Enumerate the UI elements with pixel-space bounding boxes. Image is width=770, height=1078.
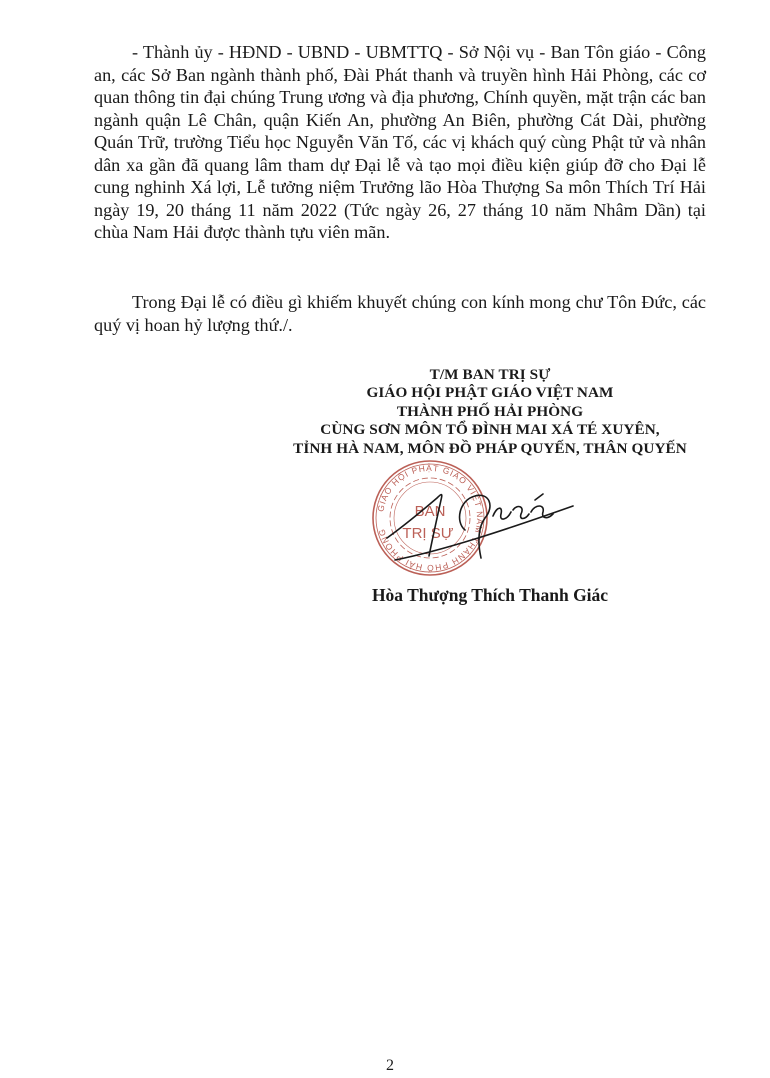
acknowledgement-paragraph: - Thành ủy - HĐND - UBND - UBMTTQ - Sở N… — [94, 41, 706, 244]
signature-icon — [385, 470, 575, 570]
document-page: - Thành ủy - HĐND - UBND - UBMTTQ - Sở N… — [0, 0, 770, 1078]
sig-line-4: CÙNG SƠN MÔN TỔ ĐÌNH MAI XÁ TÉ XUYÊN, — [270, 421, 710, 439]
sig-line-1: T/M BAN TRỊ SỰ — [270, 366, 710, 384]
signature-heading: T/M BAN TRỊ SỰ GIÁO HỘI PHẬT GIÁO VIỆT N… — [270, 366, 710, 458]
paragraph-1: - Thành ủy - HĐND - UBND - UBMTTQ - Sở N… — [94, 41, 706, 244]
paragraph-2: Trong Đại lễ có điều gì khiếm khuyết chú… — [94, 291, 706, 336]
page-number: 2 — [370, 1057, 410, 1075]
closing-paragraph: Trong Đại lễ có điều gì khiếm khuyết chú… — [94, 291, 706, 336]
sig-line-2: GIÁO HỘI PHẬT GIÁO VIỆT NAM — [270, 384, 710, 402]
sig-line-3: THÀNH PHỐ HẢI PHÒNG — [270, 403, 710, 421]
signer-name: Hòa Thượng Thích Thanh Giác — [340, 584, 640, 606]
sig-line-5: TỈNH HÀ NAM, MÔN ĐỒ PHÁP QUYẾN, THÂN QUY… — [270, 440, 710, 458]
